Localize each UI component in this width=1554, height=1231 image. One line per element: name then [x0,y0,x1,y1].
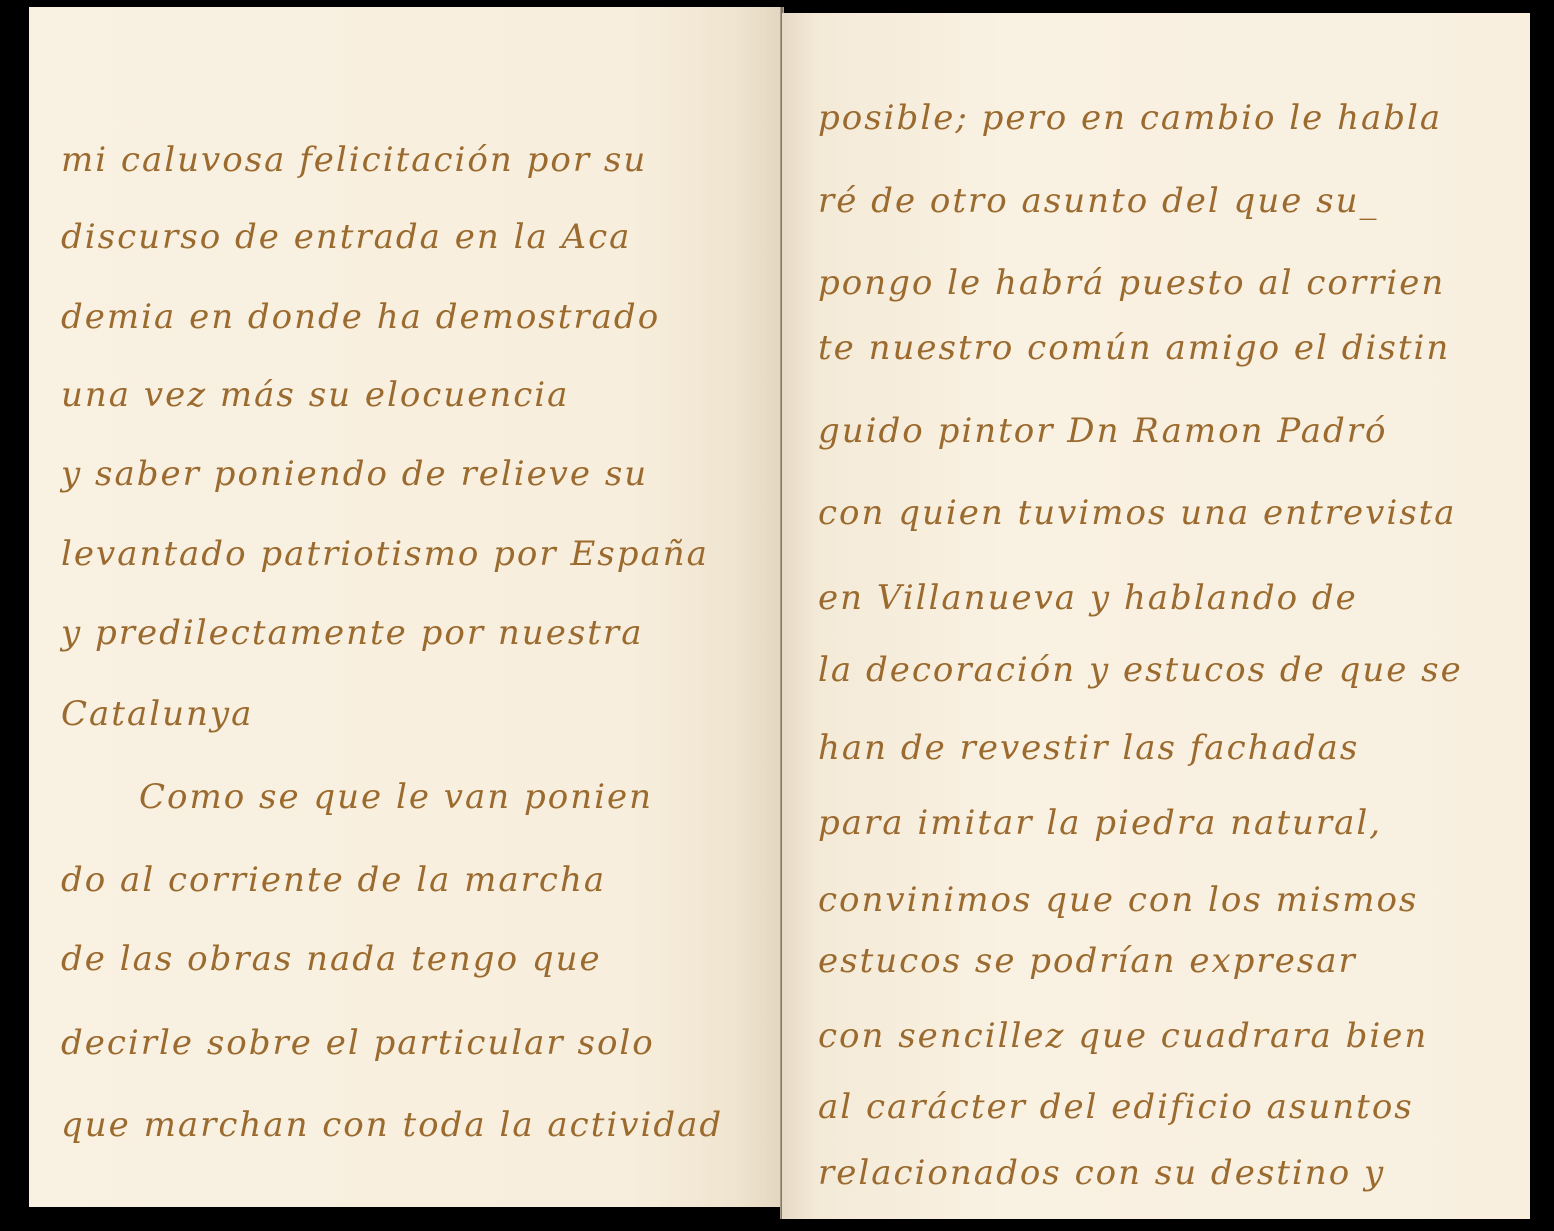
text-line: te nuestro común amigo el distin [818,328,1450,368]
text-line: la decoración y estucos de que se [818,650,1463,690]
text-line: pongo le habrá puesto al corrien [818,263,1445,303]
text-line: para imitar la piedra natural, [818,803,1382,843]
text-line: con quien tuvimos una entrevista [818,493,1457,533]
text-line: Catalunya [61,694,253,734]
text-line: que marchan con toda la actividad [61,1105,723,1145]
text-line: guido pintor Dn Ramon Padró [818,411,1387,451]
text-line: y predilectamente por nuestra [61,613,643,653]
text-line: una vez más su elocuencia [61,375,569,415]
text-line: demia en donde ha demostrado [61,297,660,337]
text-line: posible; pero en cambio le habla [818,98,1442,138]
text-line: al carácter del edificio asuntos [818,1087,1414,1127]
text-line: en Villanueva y hablando de [818,578,1358,618]
text-line: Como se que le van ponien [139,777,653,817]
text-line: han de revestir las fachadas [818,728,1359,768]
text-line: de las obras nada tengo que [61,939,602,979]
text-line: y saber poniendo de relieve su [61,454,648,494]
text-line: decirle sobre el particular solo [61,1023,655,1063]
text-line: convinimos que con los mismos [818,880,1418,920]
text-line: estucos se podrían expresar [818,941,1357,981]
text-line: relacionados con su destino y [818,1153,1385,1193]
text-line: do al corriente de la marcha [61,860,606,900]
text-line: mi caluvosa felicitación por su [61,140,647,180]
text-line: levantado patriotismo por España [61,534,709,574]
left-page: mi caluvosa felicitación por su discurso… [29,7,782,1207]
text-line: con sencillez que cuadrara bien [818,1016,1428,1056]
right-page: posible; pero en cambio le habla ré de o… [782,13,1530,1219]
text-line: ré de otro asunto del que su_ [818,181,1379,221]
text-line: discurso de entrada en la Aca [61,217,631,257]
